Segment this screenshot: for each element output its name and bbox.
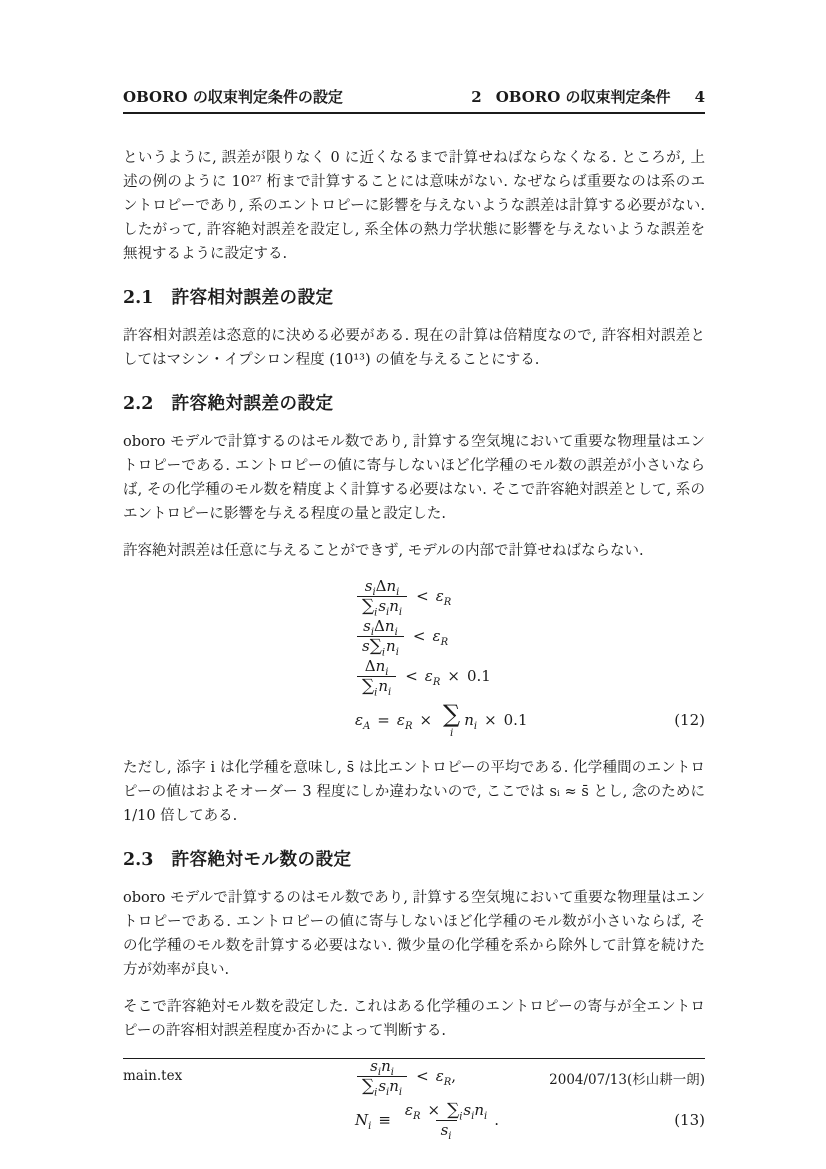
- header-section-title: OBORO の収束判定条件: [496, 88, 671, 106]
- paragraph-2-2-b: 許容絶対誤差は任意に与えることができず, モデルの内部で計算せねばならない.: [123, 539, 705, 563]
- math-token: si: [363, 618, 374, 635]
- equation-line: siΔni∑isini<εR: [355, 576, 705, 616]
- section-heading-2-2: 2.2 許容絶対誤差の設定: [123, 392, 705, 416]
- math-token: ×: [419, 711, 432, 729]
- paragraph-intro: というように, 誤差が限りなく 0 に近くなるまで計算せねばならなくなる. とこ…: [123, 146, 705, 266]
- section-title: 許容相対誤差の設定: [171, 286, 333, 309]
- header-left-title: OBORO の収束判定条件の設定: [123, 88, 343, 106]
- big-sum-operator: ∑i: [443, 702, 460, 739]
- math-token: ni: [378, 678, 391, 695]
- math-token: ≡: [378, 1111, 391, 1129]
- equation-line: Ni≡εR×∑isinisi.(13): [355, 1096, 705, 1144]
- section-number: 2.1: [123, 287, 153, 310]
- header-section-number: 2: [471, 88, 481, 106]
- math-token: ×: [484, 711, 497, 729]
- paragraph-2-3-b: そこで許容絶対モル数を設定した. これはある化学種のエントロピーの寄与が全エント…: [123, 995, 705, 1043]
- section-heading-2-1: 2.1 許容相対誤差の設定: [123, 286, 705, 310]
- equation-block-12: siΔni∑isini<εRsiΔnis∑ini<εRΔni∑ini<εR×0.…: [355, 576, 705, 744]
- math-token: εA: [355, 711, 370, 729]
- math-token: ∑i: [370, 638, 385, 655]
- math-token: ni: [474, 1102, 487, 1119]
- fraction: εR×∑isinisi: [400, 1101, 492, 1140]
- math-token: εR: [433, 627, 449, 645]
- math-token: =: [377, 711, 390, 729]
- paragraph-2-2-a: oboro モデルで計算するのはモル数であり, 計算する空気塊において重要な物理…: [123, 430, 705, 526]
- math-token: ni: [376, 658, 389, 675]
- math-token: ×: [447, 667, 460, 685]
- math-token: <: [405, 667, 418, 685]
- math-token: εR: [397, 711, 413, 729]
- math-token: si: [441, 1122, 452, 1139]
- math-token: εR: [425, 667, 441, 685]
- page-content: OBORO の収束判定条件の設定 2 OBORO の収束判定条件 4 というよう…: [123, 0, 705, 1156]
- equation-line: Δni∑ini<εR×0.1: [355, 656, 705, 696]
- header-right: 2 OBORO の収束判定条件 4: [471, 88, 705, 106]
- math-token: ni: [385, 618, 398, 635]
- footer-date-author: 2004/07/13(杉山耕一朗): [549, 1068, 705, 1088]
- fraction: siΔni∑isini: [357, 577, 407, 616]
- paragraph-2-3-a: oboro モデルで計算するのはモル数であり, 計算する空気塊において重要な物理…: [123, 886, 705, 982]
- math-token: Ni: [355, 1111, 371, 1129]
- math-token: Δ: [365, 658, 376, 675]
- math-token: <: [413, 627, 426, 645]
- document-page: OBORO の収束判定条件の設定 2 OBORO の収束判定条件 4 というよう…: [0, 0, 826, 1169]
- math-token: εR: [436, 587, 452, 605]
- math-token: <: [416, 587, 429, 605]
- math-token: ni: [386, 638, 399, 655]
- section-number: 2.2: [123, 393, 153, 416]
- math-token: s: [362, 638, 370, 655]
- footer-filename: main.tex: [123, 1068, 182, 1088]
- equation-line: siΔnis∑ini<εR: [355, 616, 705, 656]
- header-section-mark: 2 OBORO の収束判定条件: [471, 88, 670, 106]
- math-token: Δ: [374, 618, 385, 635]
- header-page-number: 4: [695, 88, 705, 106]
- math-token: .: [494, 1111, 499, 1129]
- math-token: si: [365, 578, 376, 595]
- math-token: Δ: [376, 578, 387, 595]
- section-title: 許容絶対モル数の設定: [171, 848, 351, 871]
- math-token: 0.1: [467, 667, 491, 685]
- math-token: ni: [389, 598, 402, 615]
- math-token: si: [463, 1102, 474, 1119]
- paragraph-2-1-a: 許容相対誤差は恣意的に決める必要がある. 現在の計算は倍精度なので, 許容相対誤…: [123, 324, 705, 372]
- math-token: ni: [464, 711, 477, 729]
- fraction: siΔnis∑ini: [357, 617, 404, 656]
- running-header: OBORO の収束判定条件の設定 2 OBORO の収束判定条件 4: [123, 88, 705, 114]
- math-token: ∑i: [362, 598, 377, 615]
- math-token: ni: [387, 578, 400, 595]
- math-token: ×: [428, 1102, 441, 1119]
- math-token: ∑i: [447, 1102, 462, 1119]
- fraction: Δni∑ini: [357, 657, 396, 696]
- math-token: εR: [405, 1102, 421, 1119]
- math-token: si: [378, 598, 389, 615]
- section-number: 2.3: [123, 849, 153, 872]
- running-footer: main.tex 2004/07/13(杉山耕一朗): [123, 1058, 705, 1088]
- paragraph-2-2-c: ただし, 添字 i は化学種を意味し, s̄ は比エントロピーの平均である. 化…: [123, 756, 705, 828]
- equation-number: (12): [674, 711, 705, 729]
- section-title: 許容絶対誤差の設定: [171, 392, 333, 415]
- equation-line: εA=εR×∑ini×0.1(12): [355, 696, 705, 744]
- math-token: ∑i: [362, 678, 377, 695]
- equation-number: (13): [674, 1111, 705, 1129]
- section-heading-2-3: 2.3 許容絶対モル数の設定: [123, 848, 705, 872]
- math-token: 0.1: [504, 711, 528, 729]
